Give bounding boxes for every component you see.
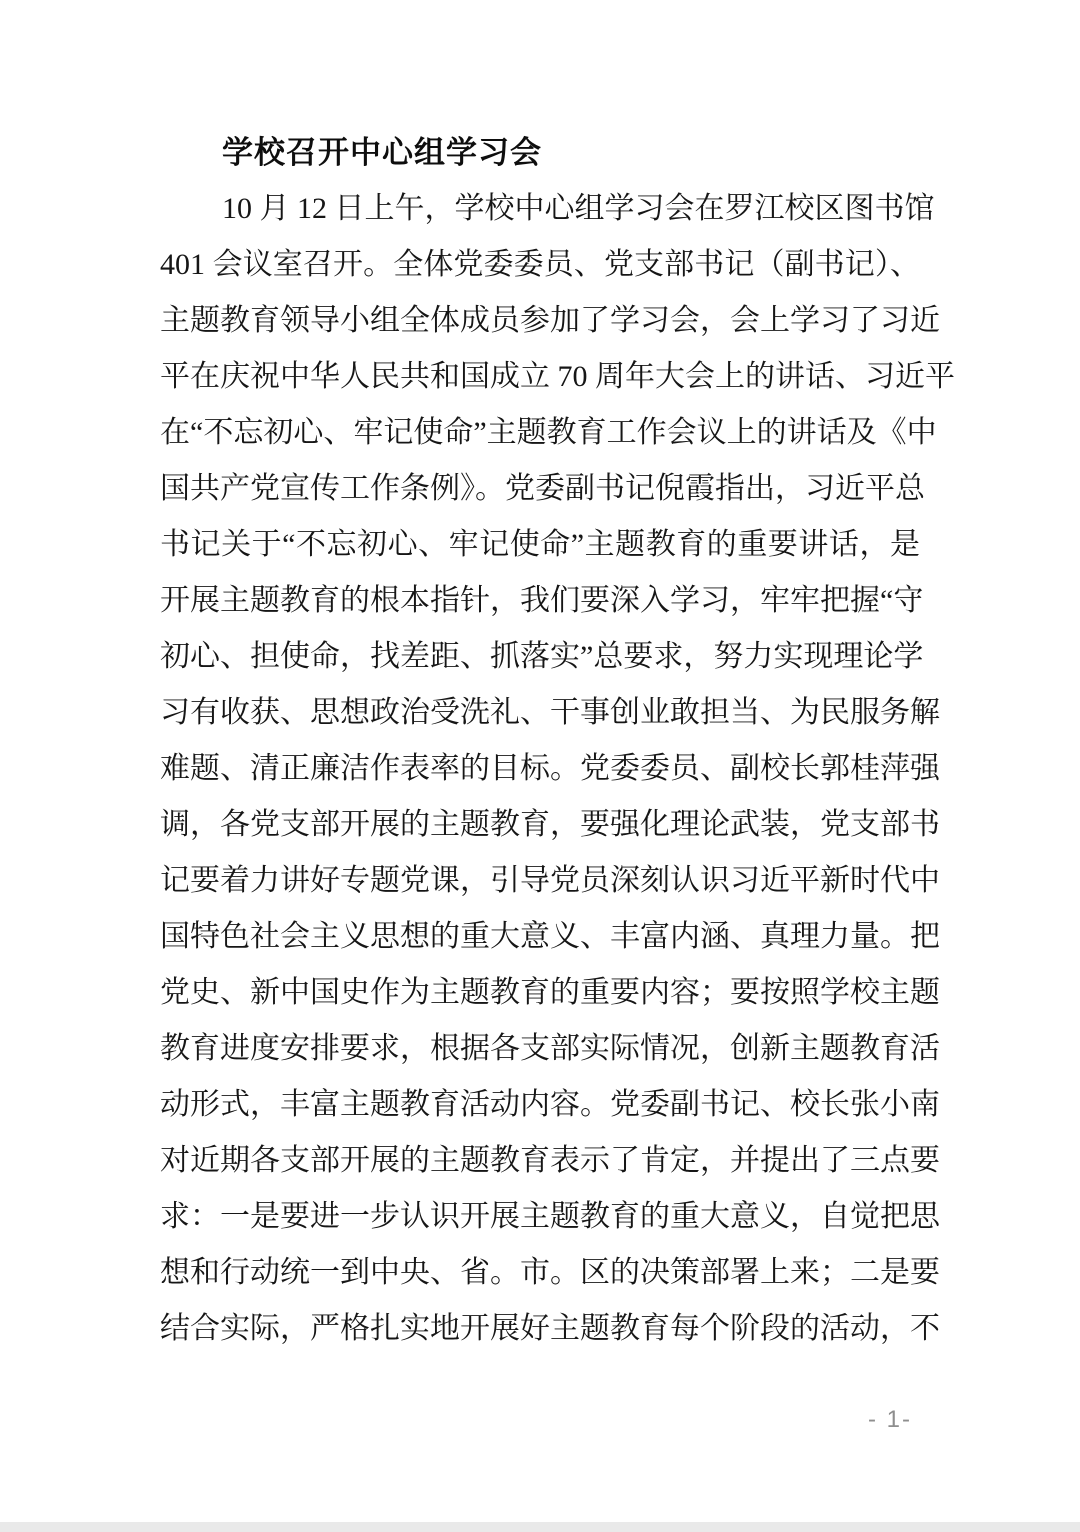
body-line: 教育进度安排要求，根据各支部实际情况，创新主题教育活 [160,1021,920,1077]
page-number: - 1- [868,1404,912,1436]
body-line: 想和行动统一到中央、省。市。区的决策部署上来；二是要 [160,1245,920,1301]
body-line: 动形式，丰富主题教育活动内容。党委副书记、校长张小南 [160,1077,920,1133]
body-line: 主题教育领导小组全体成员参加了学习会，会上学习了习近 [160,293,920,349]
document-content: 学校召开中心组学习会 10 月 12 日上午，学校中心组学习会在罗江校区图书馆 … [160,124,920,1357]
body-line: 调，各党支部开展的主题教育，要强化理论武装，党支部书 [160,797,920,853]
document-page: 学校召开中心组学习会 10 月 12 日上午，学校中心组学习会在罗江校区图书馆 … [0,0,1080,1532]
body-line: 习有收获、思想政治受洗礼、干事创业敢担当、为民服务解 [160,685,920,741]
body-line: 记要着力讲好专题党课，引导党员深刻认识习近平新时代中 [160,853,920,909]
bottom-edge-band [0,1522,1080,1532]
body-line: 平在庆祝中华人民共和国成立 70 周年大会上的讲话、习近平 [160,349,920,405]
body-line: 对近期各支部开展的主题教育表示了肯定，并提出了三点要 [160,1133,920,1189]
body-line: 难题、清正廉洁作表率的目标。党委委员、副校长郭桂萍强 [160,741,920,797]
body-line: 求：一是要进一步认识开展主题教育的重大意义，自觉把思 [160,1189,920,1245]
document-title: 学校召开中心组学习会 [160,124,920,181]
body-line: 结合实际，严格扎实地开展好主题教育每个阶段的活动，不 [160,1301,920,1357]
body-paragraph: 10 月 12 日上午，学校中心组学习会在罗江校区图书馆 401 会议室召开。全… [160,181,920,1357]
body-line: 国共产党宣传工作条例》。党委副书记倪霞指出，习近平总 [160,461,920,517]
body-line: 党史、新中国史作为主题教育的重要内容；要按照学校主题 [160,965,920,1021]
body-line: 书记关于“不忘初心、牢记使命”主题教育的重要讲话，是 [160,517,920,573]
body-line: 国特色社会主义思想的重大意义、丰富内涵、真理力量。把 [160,909,920,965]
body-line: 在“不忘初心、牢记使命”主题教育工作会议上的讲话及《中 [160,405,920,461]
body-line: 401 会议室召开。全体党委委员、党支部书记（副书记）、 [160,237,920,293]
body-line: 初心、担使命，找差距、抓落实”总要求，努力实现理论学 [160,629,920,685]
body-line: 开展主题教育的根本指针，我们要深入学习，牢牢把握“守 [160,573,920,629]
body-line: 10 月 12 日上午，学校中心组学习会在罗江校区图书馆 [160,181,920,237]
